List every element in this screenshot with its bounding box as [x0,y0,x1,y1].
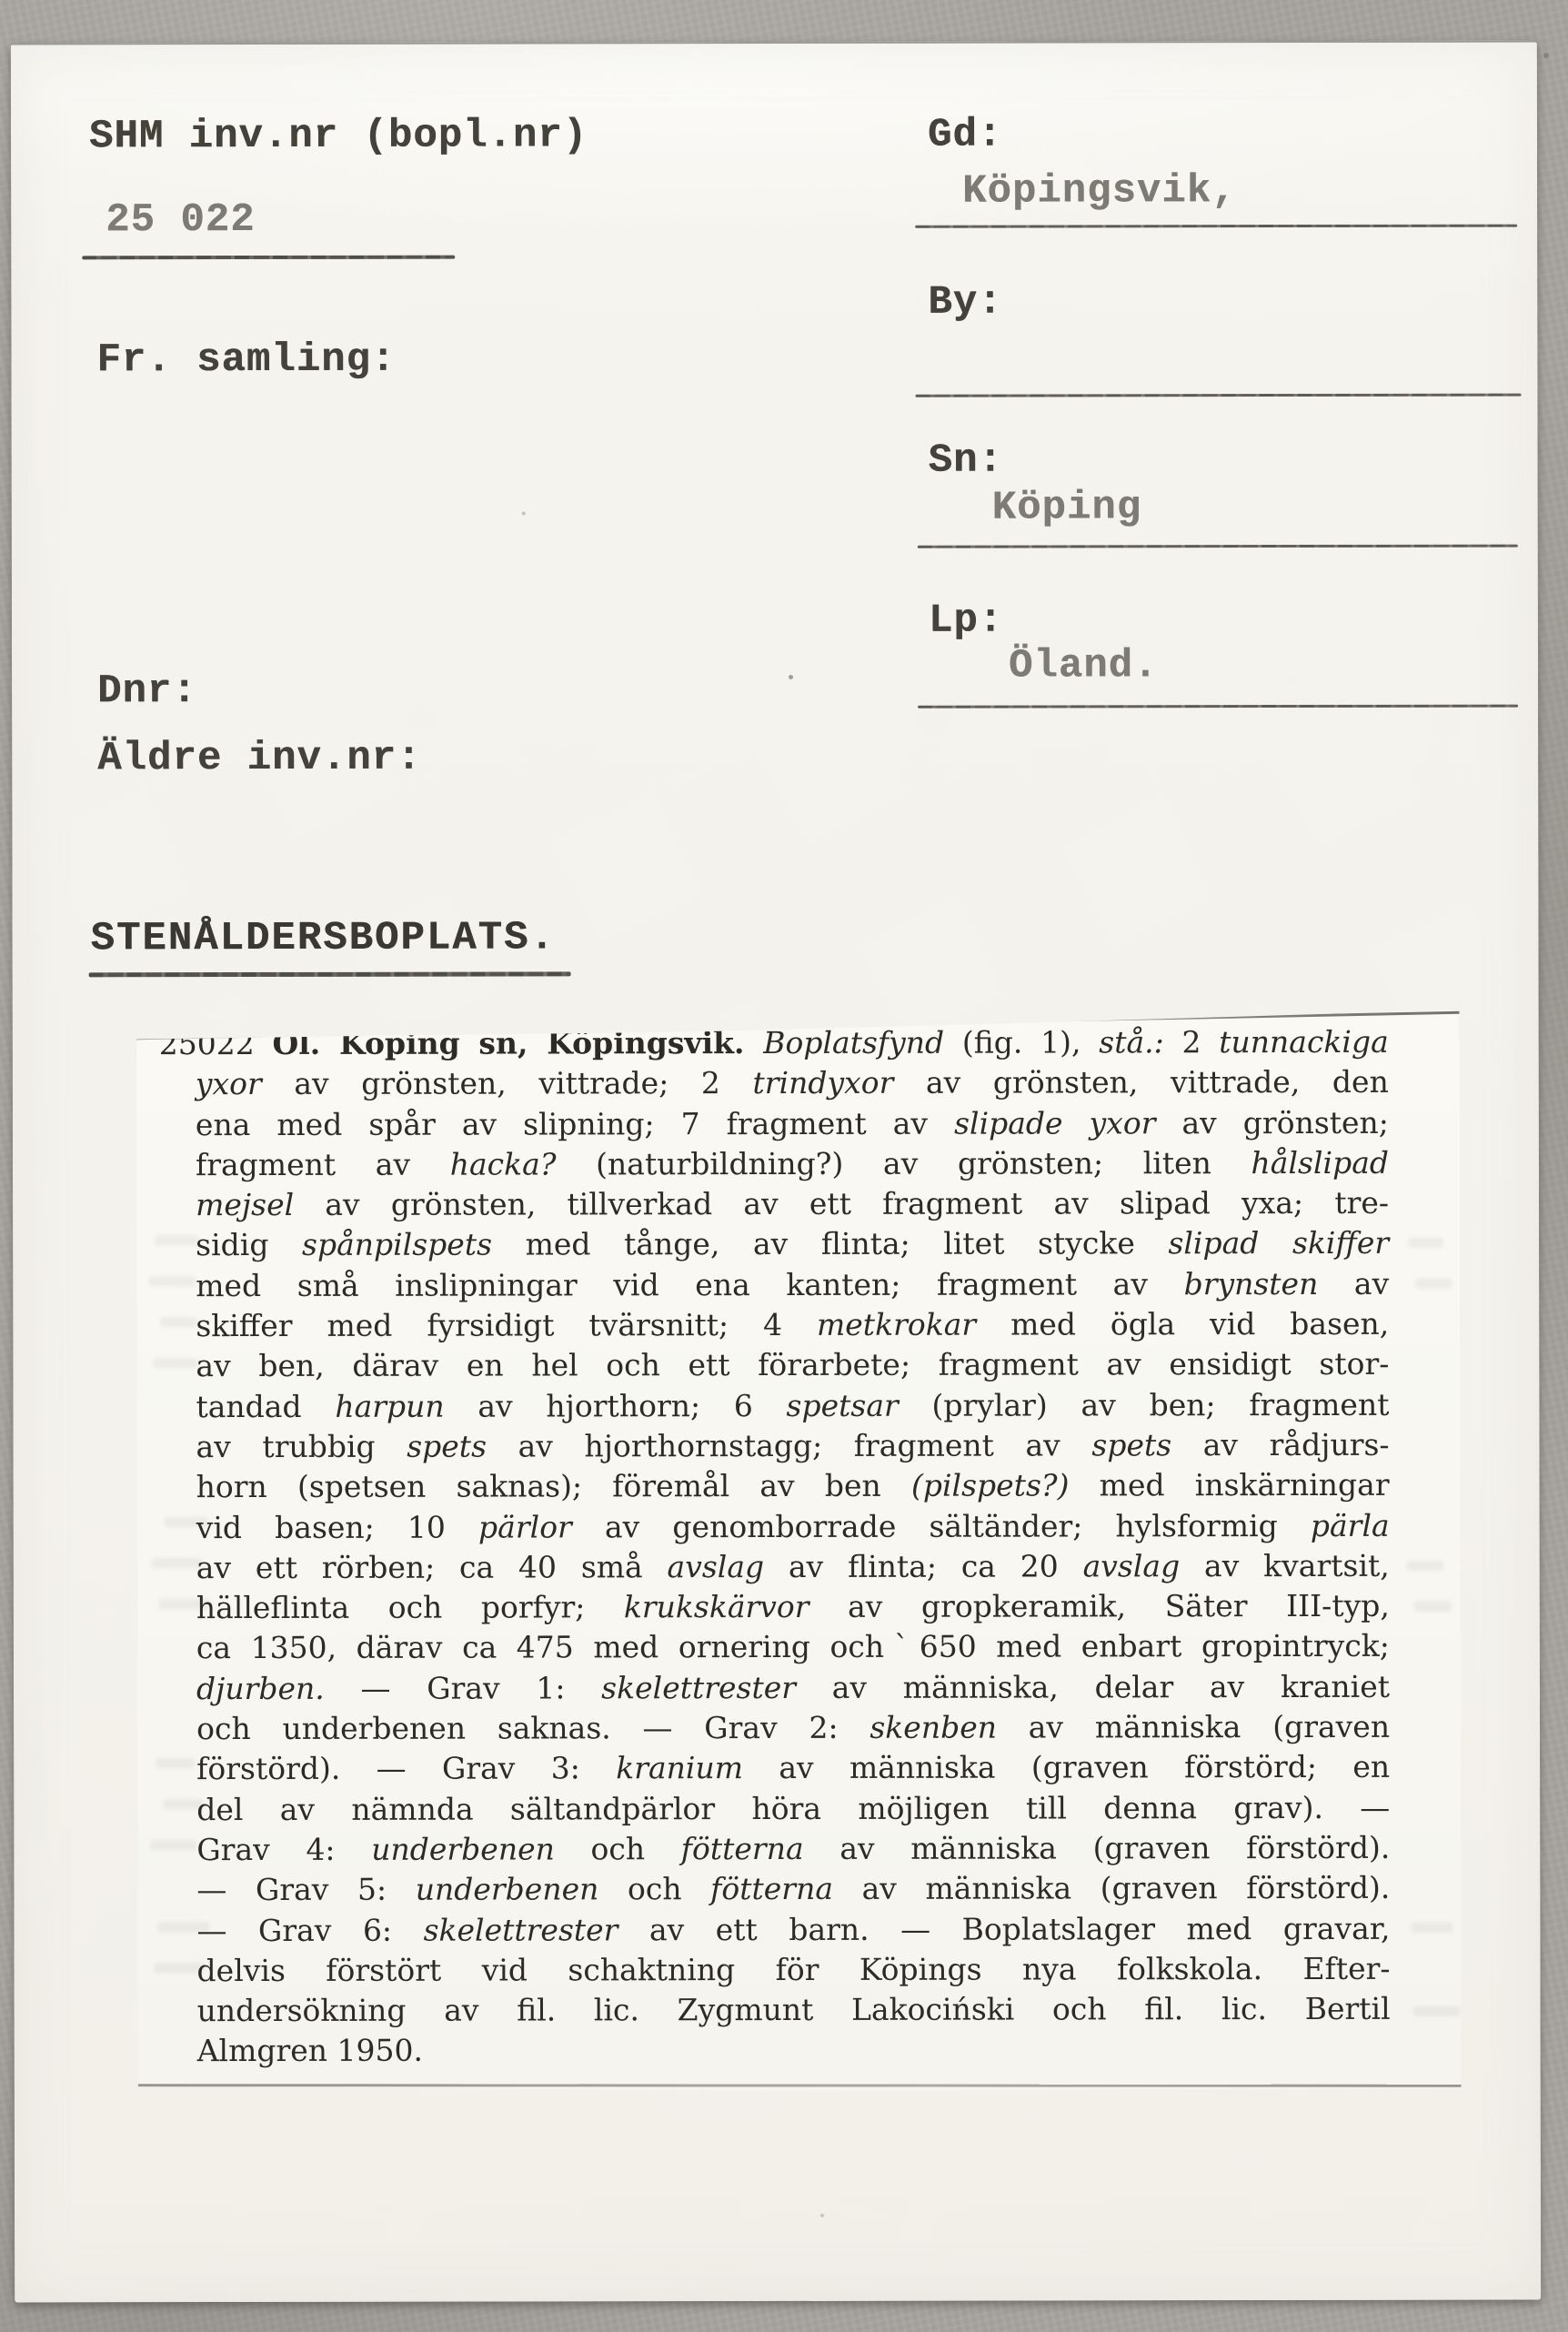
excerpt-clipping: 25022 Öl. Köping sn, Köpingsvik. Boplats… [136,1006,1462,2093]
excerpt-segment: (pilspets?) [911,1468,1070,1503]
excerpt-segment: (naturbildning?) av grönsten; liten [556,1145,1251,1181]
excerpt-segment: — Grav 6: [196,1912,423,1947]
excerpt-segment: ena med spår av slipning; 7 fragment av [196,1105,954,1141]
excerpt-segment: yxor [196,1066,262,1101]
excerpt-segment: av människa (graven förstörd; en [743,1749,1390,1785]
excerpt-segment: av flinta; ca 20 [764,1548,1083,1584]
gd-label: Gd: [928,113,1002,158]
bleed-through-smudge [152,1558,202,1568]
excerpt-segment: Grav 4: [196,1832,371,1867]
bleed-through-smudge [155,1963,204,1973]
excerpt-line: — Grav 5: underbenen och fötterna av män… [196,1868,1390,1911]
lp-value: Öland. [1009,643,1159,689]
shm-inv-nr-value: 25 022 [106,197,256,243]
clipping-bottom-edge [138,2084,1462,2087]
excerpt-segment: av hjorthornstagg; fragment av [487,1427,1091,1463]
dnr-label: Dnr: [97,668,197,714]
excerpt-segment: av [1318,1266,1389,1302]
paper-speck [522,511,526,515]
excerpt-segment: fötterna [710,1871,833,1906]
excerpt-segment: av grönsten, tillverkad av ett fragment … [294,1185,1389,1222]
lp-underline [918,705,1518,709]
excerpt-segment: skelettrester [424,1912,618,1947]
bleed-through-smudge [1407,1561,1443,1571]
bleed-through-smudge [1411,1923,1452,1933]
stenaldersboplats-heading: STENÅLDERSBOPLATS. [91,915,556,961]
excerpt-segment: av kvartsit, [1180,1548,1390,1583]
excerpt-segment: av människa (graven förstörd). [804,1830,1391,1866]
excerpt-line: av ben, därav en hel och ett förarbete; … [196,1344,1389,1387]
excerpt-segment: ca 1350, därav ca 475 med ornering ochˋ6… [196,1628,1390,1665]
bleed-through-smudge [160,1317,196,1327]
bleed-through-smudge [1408,1238,1443,1248]
excerpt-segment: spets [1091,1427,1171,1463]
excerpt-line: med små inslipningar vid ena kanten; fra… [196,1264,1389,1307]
excerpt-segment: kranium [616,1750,743,1785]
excerpt-segment: (fig. 1), [944,1024,1099,1060]
excerpt-line: Almgren 1950. [197,2029,1391,2072]
excerpt-line: del av nämnda sältandpärlor höra möjlige… [196,1787,1390,1830]
excerpt-segment: avslag [668,1549,765,1584]
bleed-through-smudge [1415,1279,1452,1289]
excerpt-segment: spetsar [786,1387,898,1422]
excerpt-segment: Boplatsfynd [763,1025,944,1060]
bleed-through-smudge [150,1840,196,1850]
excerpt-segment: med tånge, av flinta; litet stycke [492,1226,1168,1262]
excerpt-segment: — Grav 5: [196,1872,415,1907]
excerpt-segment: djurben. [196,1671,325,1706]
excerpt-line: undersökning av fil. lic. Zygmunt Lakoci… [197,1989,1391,2032]
excerpt-segment: av ett rörben; ca 40 små [196,1549,668,1585]
excerpt-segment: (prylar) av ben; fragment [899,1386,1390,1422]
excerpt-segment: av genomborrade sältänder; hylsformig [572,1508,1311,1544]
shm-inv-nr-underline [82,256,455,260]
excerpt-segment: vid basen; 10 [196,1509,478,1545]
excerpt-segment: av ben, därav en hel och ett förarbete; … [196,1346,1389,1383]
excerpt-segment: av rådjurs- [1171,1427,1389,1463]
excerpt-segment: med små inslipningar vid ena kanten; fra… [196,1266,1183,1303]
excerpt-text: 25022 Öl. Köping sn, Köpingsvik. Boplats… [196,1022,1391,2072]
excerpt-segment: brynsten [1184,1266,1319,1302]
excerpt-segment: och [555,1831,681,1866]
excerpt-line: skiffer med fyrsidigt tvärsnitt; 4 metkr… [196,1304,1389,1347]
bleed-through-smudge [156,1758,195,1768]
excerpt-segment: och [598,1871,710,1906]
sn-underline [918,545,1518,548]
excerpt-line: förstörd). — Grav 3: kranium av människa… [196,1747,1390,1790]
excerpt-segment: med inskärningar [1069,1467,1389,1503]
excerpt-line: — Grav 6: skelettrester av ett barn. — B… [196,1908,1390,1951]
catalog-card-sheet: SHM inv.nr (bopl.nr) 25 022 Fr. samling:… [11,41,1541,2303]
bleed-through-smudge [1413,2006,1461,2016]
excerpt-line: Grav 4: underbenen och fötterna av männi… [196,1828,1390,1871]
excerpt-segment: — Grav 1: [325,1670,601,1706]
excerpt-segment: slipad skiffer [1168,1225,1389,1261]
excerpt-segment: av ett barn. — Boplatslager med gravar, [618,1910,1390,1946]
excerpt-segment: del av nämnda sältandpärlor höra möjlige… [196,1789,1390,1826]
excerpt-line: tandad harpun av hjorthorn; 6 spetsar (p… [196,1384,1389,1427]
excerpt-segment: Almgren 1950. [197,2033,423,2068]
by-label: By: [928,280,1002,326]
excerpt-segment: hälleflinta och porfyr; [196,1589,624,1625]
excerpt-line: fragment av hacka? (naturbildning?) av g… [196,1143,1389,1186]
paper-speck [820,2214,824,2217]
excerpt-segment: fötterna [681,1831,804,1866]
excerpt-segment: skenben [869,1710,997,1745]
excerpt-segment: med ögla vid basen, [976,1306,1389,1342]
sn-label: Sn: [929,438,1003,484]
excerpt-segment: hacka? [450,1146,557,1181]
excerpt-line: yxor av grönsten, vittrade; 2 trindyxor … [196,1062,1389,1105]
excerpt-segment: mejsel [196,1187,294,1222]
excerpt-segment: tunnackiga [1219,1024,1389,1060]
excerpt-line: av ett rörben; ca 40 små avslag av flint… [196,1546,1390,1589]
bleed-through-smudge [155,1235,198,1245]
excerpt-segment: delvis förstört vid schaktning för Köpin… [196,1951,1390,1988]
excerpt-segment: sidig [196,1227,302,1262]
excerpt-segment: 2 [1164,1024,1220,1060]
excerpt-segment: skiffer med fyrsidigt tvärsnitt; 4 [196,1307,817,1343]
excerpt-line: sidig spånpilspets med tånge, av flinta;… [196,1223,1389,1266]
excerpt-segment: undersökning av fil. lic. Zygmunt Lakoci… [197,1991,1391,2028]
scan-background: SHM inv.nr (bopl.nr) 25 022 Fr. samling:… [0,0,1568,2332]
excerpt-line: hälleflinta och porfyr; krukskärvor av g… [196,1586,1390,1629]
aldre-inv-nr-label: Äldre inv.nr: [97,736,421,782]
excerpt-segment: av människa (graven förstörd). [833,1870,1390,1906]
excerpt-segment: av människa, delar av kraniet [796,1669,1390,1705]
excerpt-line: vid basen; 10 pärlor av genomborrade säl… [196,1505,1390,1548]
excerpt-segment: underbenen [371,1831,555,1866]
excerpt-segment: spets [407,1429,487,1464]
excerpt-segment: av grönsten, vittrade, den [893,1064,1389,1101]
bleed-through-smudge [149,1276,196,1286]
excerpt-line: djurben. — Grav 1: skelettrester av männ… [196,1667,1390,1710]
excerpt-line: ena med spår av slipning; 7 fragment av … [196,1102,1389,1145]
heading-underline [89,971,571,977]
excerpt-segment: pärlor [478,1509,572,1544]
excerpt-line: mejsel av grönsten, tillverkad av ett fr… [196,1183,1389,1226]
excerpt-segment: av människa (graven [997,1709,1390,1745]
excerpt-segment: underbenen [416,1872,599,1907]
excerpt-segment: skelettrester [601,1670,796,1705]
excerpt-segment: harpun [335,1388,444,1423]
excerpt-segment: av grönsten, vittrade; 2 [262,1065,753,1101]
background-speck [1543,53,1549,58]
excerpt-segment: spånpilspets [302,1227,492,1262]
excerpt-segment: 25022 [159,1026,273,1061]
paper-speck [789,675,793,679]
excerpt-line: av trubbig spets av hjorthornstagg; frag… [196,1425,1389,1468]
excerpt-segment: slipade yxor [954,1105,1155,1141]
excerpt-segment: avslag [1083,1548,1181,1583]
shm-inv-nr-label: SHM inv.nr (bopl.nr) [89,113,588,159]
excerpt-line: ca 1350, därav ca 475 med ornering ochˋ6… [196,1626,1390,1669]
gd-underline [915,225,1517,228]
excerpt-segment: stå.: [1099,1024,1164,1060]
excerpt-segment: krukskärvor [624,1589,809,1624]
by-underline [916,394,1522,397]
excerpt-segment: fragment av [196,1147,450,1182]
excerpt-segment: pärla [1311,1507,1390,1543]
excerpt-line: 25022 Öl. Köping sn, Köpingsvik. Boplats… [159,1022,1389,1065]
bleed-through-texture [136,1006,1460,1009]
gd-value: Köpingsvik, [962,168,1237,215]
excerpt-segment: förstörd). — Grav 3: [196,1751,616,1787]
excerpt-segment: av grönsten; [1155,1104,1389,1140]
excerpt-segment: hålslipad [1251,1145,1389,1181]
excerpt-segment: av hjorthorn; 6 [445,1388,787,1424]
sn-value: Köping [992,485,1142,530]
bleed-through-smudge [1414,1602,1452,1612]
excerpt-line: och underbenen saknas. — Grav 2: skenben… [196,1707,1390,1750]
excerpt-segment: metkrokar [817,1307,976,1342]
excerpt-segment: och underbenen saknas. — Grav 2: [196,1710,869,1746]
excerpt-segment: av trubbig [196,1429,407,1464]
excerpt-line: delvis förstört vid schaktning för Köpin… [196,1949,1390,1992]
excerpt-segment: horn (spetsen saknas); föremål av ben [196,1468,911,1504]
bleed-through-smudge [153,1358,197,1368]
excerpt-line: horn (spetsen saknas); föremål av ben (p… [196,1465,1390,1508]
excerpt-segment: trindyxor [752,1065,893,1101]
excerpt-segment: Öl. Köping sn, Köpingsvik. [272,1025,763,1061]
lp-label: Lp: [929,598,1003,644]
excerpt-segment: av gropkeramik, Säter III-typ, [809,1588,1390,1624]
fr-samling-label: Fr. samling: [96,337,396,384]
excerpt-segment: tandad [196,1389,335,1424]
